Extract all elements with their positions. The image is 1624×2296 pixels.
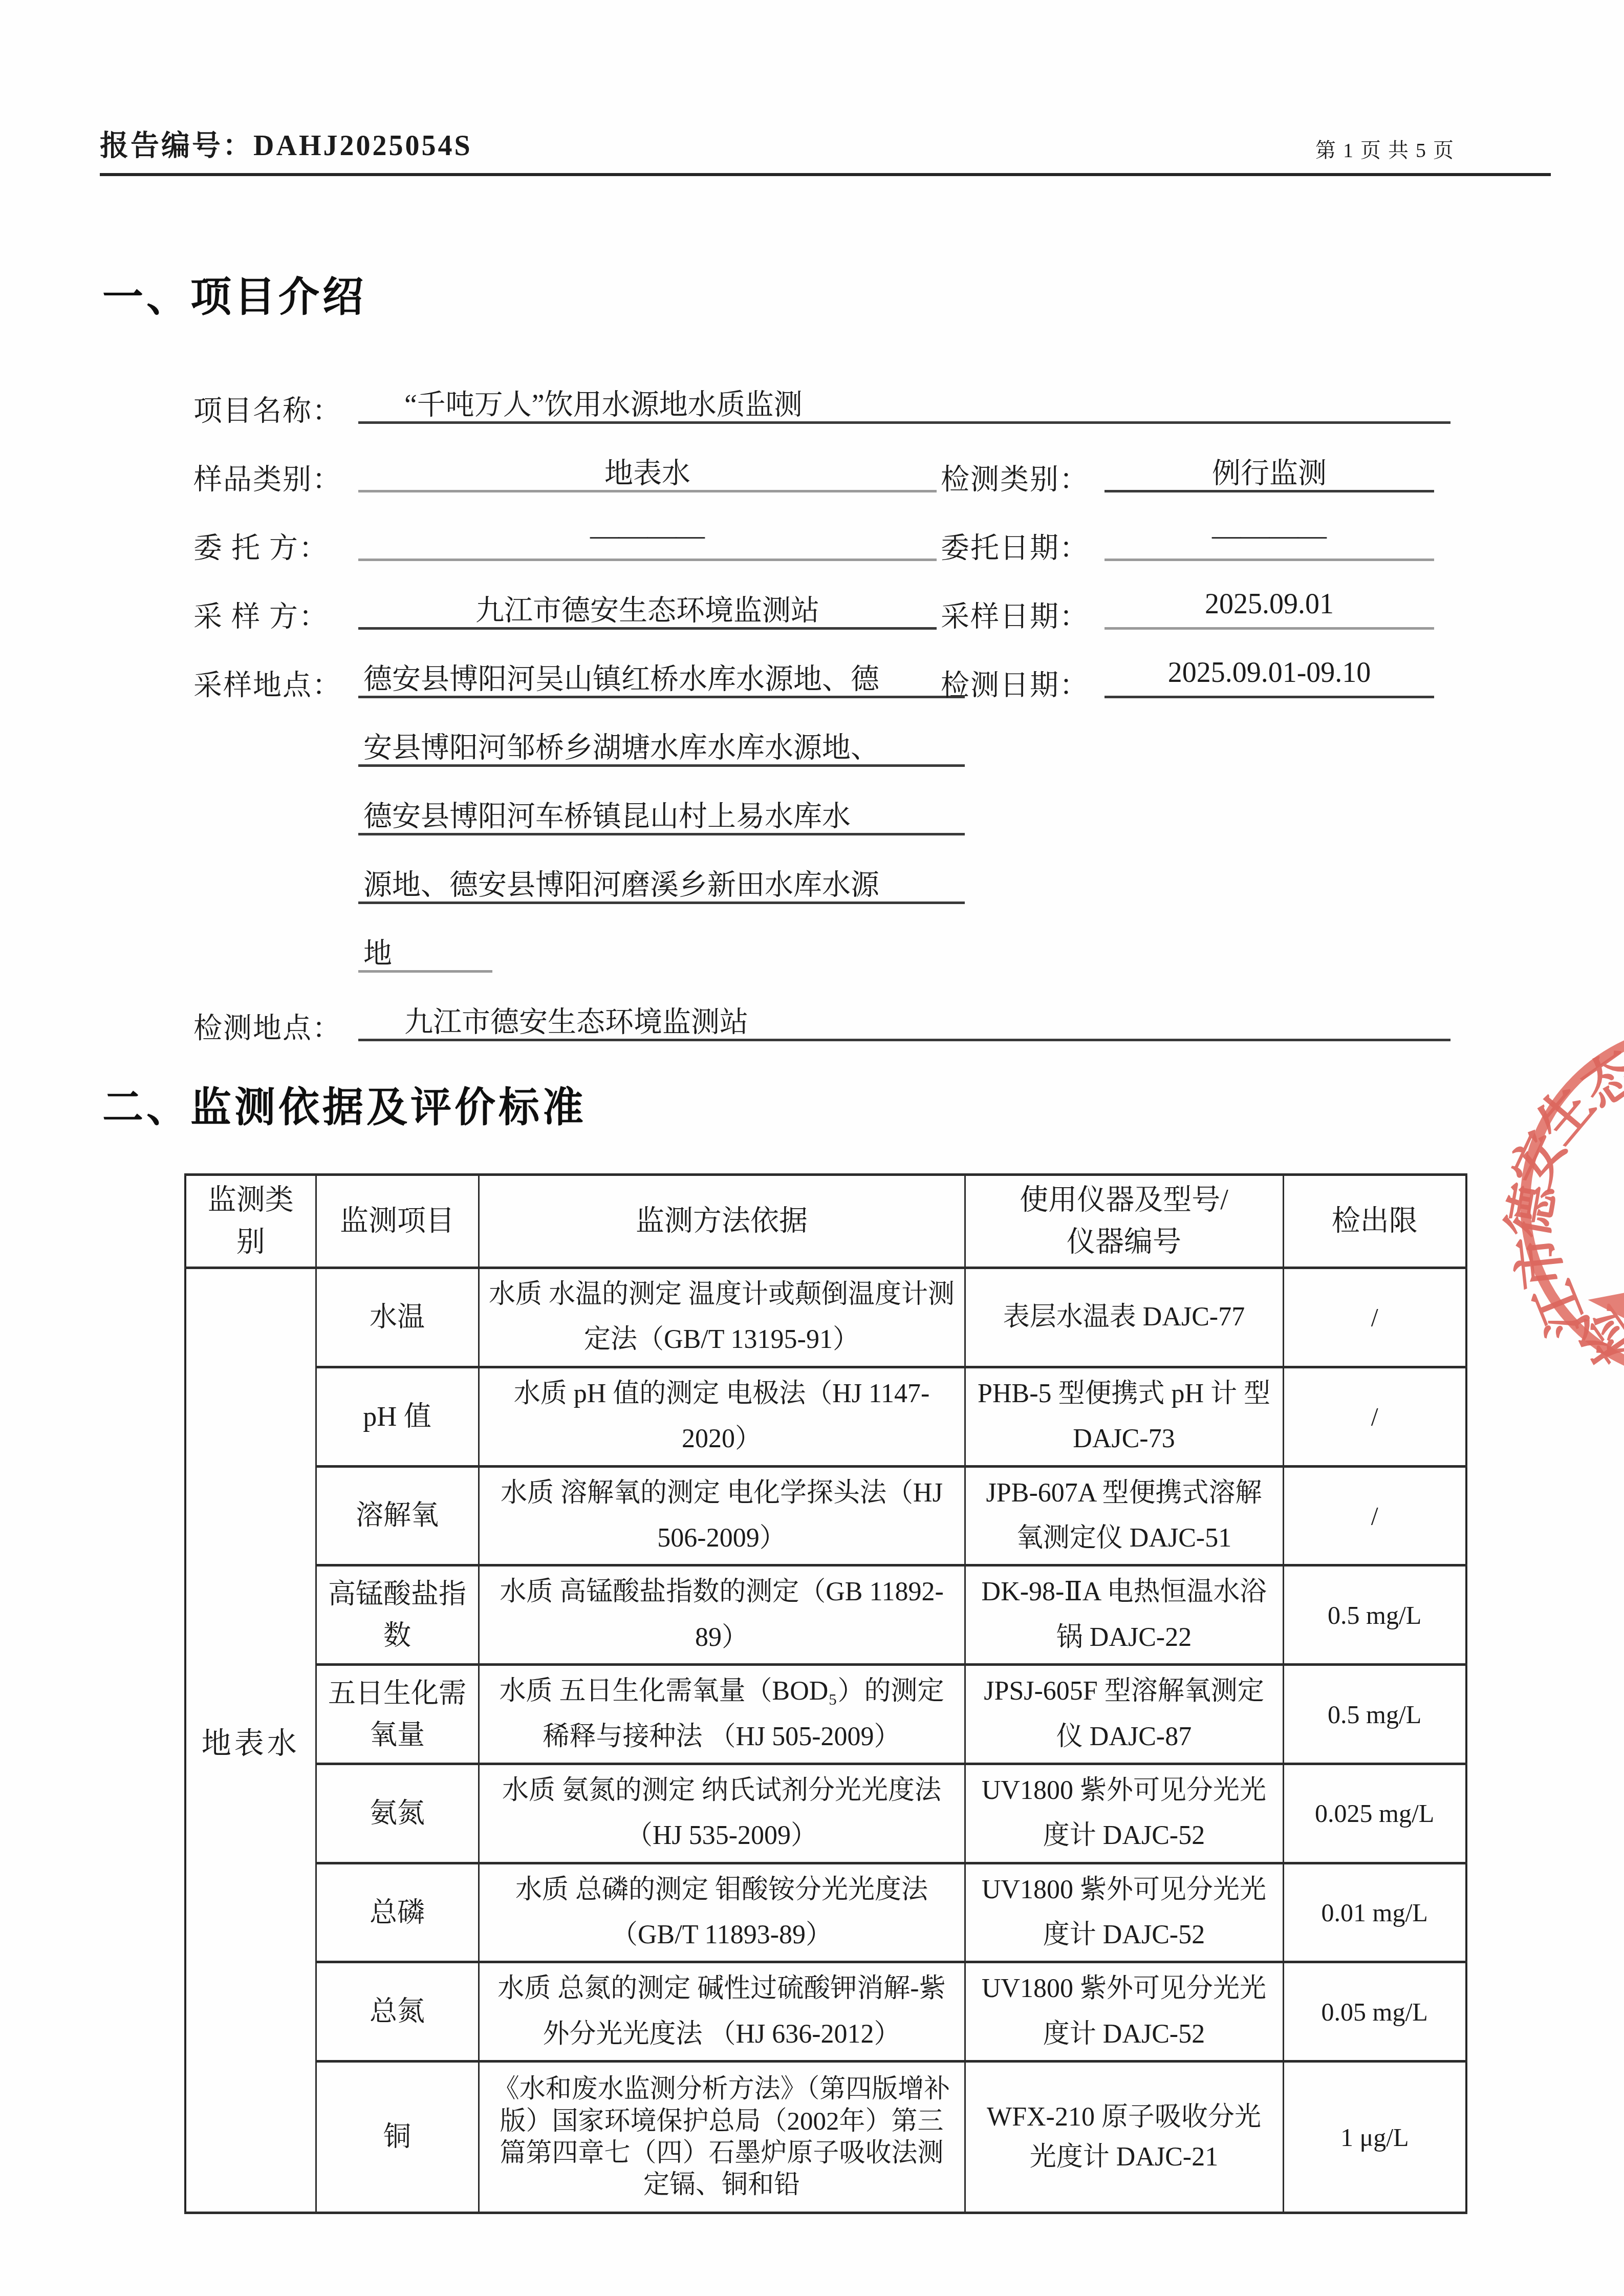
limit-cell: /: [1283, 1367, 1466, 1466]
project-name-value: “千吨万人”饮用水源地水质监测: [358, 382, 1450, 424]
col-header-category: 监测类别: [185, 1175, 316, 1268]
instrument-cell: DK-98-ⅡA 电热恒温水浴锅 DAJC-22: [965, 1565, 1283, 1665]
category-cell: 地表水: [185, 1268, 316, 2213]
table-row: 氨氮 水质 氨氮的测定 纳氏试剂分光光度法（HJ 535-2009） UV180…: [185, 1764, 1466, 1863]
item-cell: 铜: [316, 2062, 479, 2213]
stamp-star-fragment: [1586, 1282, 1624, 1324]
limit-cell: /: [1283, 1466, 1466, 1565]
col-header-method: 监测方法依据: [479, 1175, 965, 1268]
table-row: 总磷 水质 总磷的测定 钼酸铵分光光度法 （GB/T 11893-89） UV1…: [185, 1863, 1466, 1962]
table-row: 溶解氧 水质 溶解氧的测定 电化学探头法（HJ 506-2009） JPB-60…: [185, 1466, 1466, 1565]
limit-cell: 0.05 mg/L: [1283, 1962, 1466, 2062]
test-type-label: 检测类别：: [941, 457, 1089, 498]
table-row: pH 值 水质 pH 值的测定 电极法（HJ 1147-2020） PHB-5 …: [185, 1367, 1466, 1466]
method-cell: 水质 总氮的测定 碱性过硫酸钾消解-紫外分光光度法 （HJ 636-2012）: [479, 1962, 965, 2062]
item-cell: 溶解氧: [316, 1466, 479, 1565]
sampling-site-line4: 源地、德安县博阳河磨溪乡新田水库水源: [358, 862, 965, 904]
test-type-value: 例行监测: [1105, 450, 1434, 492]
col-header-limit: 检出限: [1283, 1175, 1466, 1268]
instrument-cell: UV1800 紫外可见分光光度计 DAJC-52: [965, 1764, 1283, 1863]
limit-cell: 0.01 mg/L: [1283, 1863, 1466, 1962]
test-site-label: 检测地点：: [193, 1005, 342, 1046]
client-label: 委 托 方：: [193, 525, 329, 566]
stamp-char: 生: [1529, 1078, 1604, 1153]
sampling-site-line5: 地: [358, 931, 492, 973]
instrument-cell: JPSJ-605F 型溶解氧测定仪 DAJC-87: [965, 1665, 1283, 1764]
stamp-char: 江: [1527, 1274, 1596, 1343]
project-name-label: 项目名称：: [193, 388, 342, 429]
stamp-arc: [1520, 1024, 1624, 1382]
table-row: 总氮 水质 总氮的测定 碱性过硫酸钾消解-紫外分光光度法 （HJ 636-201…: [185, 1962, 1466, 2062]
test-date-value: 2025.09.01-09.10: [1105, 656, 1434, 698]
method-cell: 水质 五日生化需氧量（BOD₅）的测定 稀释与接种法 （HJ 505-2009）: [479, 1665, 965, 1764]
sampling-site-label: 采样地点：: [193, 662, 342, 703]
table-row: 铜 《水和废水监测分析方法》（第四版增补版）国家环境保护总局（2002年）第三篇…: [185, 2062, 1466, 2213]
sampler-value: 九江市德安生态环境监测站: [358, 588, 937, 630]
sampling-site-line1: 德安县博阳河吴山镇红桥水库水源地、德: [358, 656, 965, 698]
instrument-cell: PHB-5 型便携式 pH 计 型 DAJC-73: [965, 1367, 1283, 1466]
sample-type-label: 样品类别：: [193, 457, 342, 498]
instrument-cell: JPB-607A 型便携式溶解氧测定仪 DAJC-51: [965, 1466, 1283, 1565]
client-date-label: 委托日期：: [941, 525, 1089, 566]
sampling-date-label: 采样日期：: [941, 594, 1089, 635]
col-header-instrument: 使用仪器及型号/ 仪器编号: [965, 1175, 1283, 1268]
section2-title: 二、监测依据及评价标准: [102, 1074, 587, 1133]
item-cell: 五日生化需氧量: [316, 1665, 479, 1764]
test-date-label: 检测日期：: [941, 662, 1089, 703]
report-page: 报告编号：DAHJ2025054S 第 1 页 共 5 页 一、项目介绍 项目名…: [0, 0, 1624, 2296]
instrument-cell: UV1800 紫外可见分光光度计 DAJC-52: [965, 1962, 1283, 2062]
table-row: 地表水 水温 水质 水温的测定 温度计或颠倒温度计测定法（GB/T 13195-…: [185, 1268, 1466, 1367]
stamp-char: 德: [1502, 1181, 1563, 1242]
table-header-row: 监测类别 监测项目 监测方法依据 使用仪器及型号/ 仪器编号 检出限: [185, 1175, 1466, 1268]
table-row: 五日生化需氧量 水质 五日生化需氧量（BOD₅）的测定 稀释与接种法 （HJ 5…: [185, 1665, 1466, 1764]
stamp-char: 检: [1570, 1298, 1624, 1372]
instrument-cell: WFX-210 原子吸收分光光度计 DAJC-21: [965, 2062, 1283, 2213]
item-cell: 总氮: [316, 1962, 479, 2062]
item-cell: 总磷: [316, 1863, 479, 1962]
method-cell: 《水和废水监测分析方法》（第四版增补版）国家环境保护总局（2002年）第三篇第四…: [479, 2062, 965, 2213]
table-row: 高锰酸盐指数 水质 高锰酸盐指数的测定（GB 11892-89） DK-98-Ⅱ…: [185, 1565, 1466, 1665]
stamp-char: 态: [1574, 1043, 1624, 1118]
instrument-cell: UV1800 紫外可见分光光度计 DAJC-52: [965, 1863, 1283, 1962]
report-number: 报告编号：DAHJ2025054S: [100, 123, 472, 164]
method-cell: 水质 总磷的测定 钼酸铵分光光度法 （GB/T 11893-89）: [479, 1863, 965, 1962]
item-cell: 氨氮: [316, 1764, 479, 1863]
sampler-label: 采 样 方：: [193, 594, 329, 635]
limit-cell: 1 μg/L: [1283, 2062, 1466, 2213]
method-cell: 水质 pH 值的测定 电极法（HJ 1147-2020）: [479, 1367, 965, 1466]
limit-cell: /: [1283, 1268, 1466, 1367]
stamp-char: 市: [1511, 1233, 1570, 1292]
report-number-label: 报告编号：: [100, 130, 253, 162]
instrument-cell: 表层水温表 DAJC-77: [965, 1268, 1283, 1367]
sampling-date-value: 2025.09.01: [1105, 588, 1434, 630]
limit-cell: 0.5 mg/L: [1283, 1565, 1466, 1665]
stamp-char: 安: [1504, 1125, 1575, 1195]
item-cell: 高锰酸盐指数: [316, 1565, 479, 1665]
method-cell: 水质 氨氮的测定 纳氏试剂分光光度法（HJ 535-2009）: [479, 1764, 965, 1863]
method-cell: 水质 高锰酸盐指数的测定（GB 11892-89）: [479, 1565, 965, 1665]
sampling-site-line2: 安县博阳河邹桥乡湖塘水库水库水源地、: [358, 725, 965, 767]
item-cell: pH 值: [316, 1367, 479, 1466]
report-number-value: DAHJ2025054S: [253, 130, 472, 162]
method-cell: 水质 溶解氧的测定 电化学探头法（HJ 506-2009）: [479, 1466, 965, 1565]
section1-title: 一、项目介绍: [102, 264, 366, 323]
client-value: ————: [358, 519, 937, 561]
test-site-value: 九江市德安生态环境监测站: [358, 999, 1450, 1041]
monitoring-table: 监测类别 监测项目 监测方法依据 使用仪器及型号/ 仪器编号 检出限 地表水 水…: [184, 1173, 1467, 2214]
client-date-value: ————: [1105, 519, 1434, 561]
page-indicator: 第 1 页 共 5 页: [1315, 134, 1455, 163]
method-cell: 水质 水温的测定 温度计或颠倒温度计测定法（GB/T 13195-91）: [479, 1268, 965, 1367]
col-header-item: 监测项目: [316, 1175, 479, 1268]
limit-cell: 0.5 mg/L: [1283, 1665, 1466, 1764]
item-cell: 水温: [316, 1268, 479, 1367]
header-divider: [100, 173, 1551, 176]
sample-type-value: 地表水: [358, 450, 937, 492]
limit-cell: 0.025 mg/L: [1283, 1764, 1466, 1863]
sampling-site-line3: 德安县博阳河车桥镇昆山村上易水库水: [358, 793, 965, 835]
